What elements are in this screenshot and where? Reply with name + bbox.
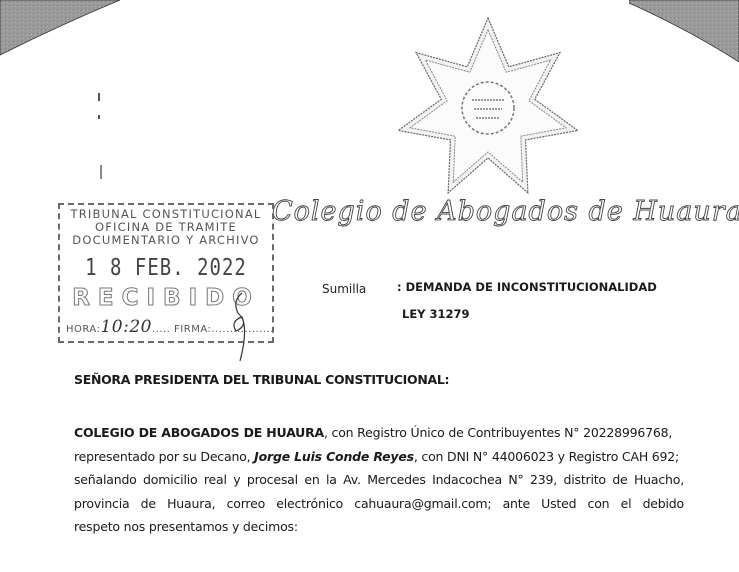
scan-shadow-top-right (629, 0, 739, 62)
salutation: SEÑORA PRESIDENTA DEL TRIBUNAL CONSTITUC… (74, 372, 449, 387)
stamp-dots: ..... (152, 324, 174, 335)
signature-mark (228, 291, 258, 361)
body-line-5: respeto nos presentamos y decimos: (74, 519, 684, 543)
body-line-2: representado por su Decano, Jorge Luis C… (74, 449, 684, 473)
stamp-hora-value: 10:20 (100, 317, 152, 337)
star-emblem-icon (388, 10, 588, 205)
body-line-4: provincia de Huaura, correo electrónico … (74, 496, 684, 520)
stamp-hora-label: HORA: (66, 324, 100, 335)
body-line-3: señalando domicilio real y procesal en l… (74, 472, 684, 496)
sumilla-law: LEY 31279 (402, 307, 470, 321)
received-stamp: TRIBUNAL CONSTITUCIONAL OFICINA DE TRAMI… (58, 203, 274, 343)
body-paragraph: COLEGIO DE ABOGADOS DE HUAURA, con Regis… (74, 425, 684, 543)
sumilla-value: : DEMANDA DE INCONSTITUCIONALIDAD (397, 280, 657, 294)
org-name: COLEGIO DE ABOGADOS DE HUAURA (74, 425, 324, 440)
body-line-1: COLEGIO DE ABOGADOS DE HUAURA, con Regis… (74, 425, 684, 449)
dean-name: Jorge Luis Conde Reyes (254, 449, 414, 464)
stamp-line-3: DOCUMENTARIO Y ARCHIVO (60, 234, 272, 247)
body-line-2-rest: , con DNI N° 44006023 y Registro CAH 692… (414, 449, 679, 464)
stamp-date: 1 8 FEB. 2022 (60, 255, 272, 281)
scan-shadow-top-left (0, 0, 130, 60)
sumilla-label: Sumilla (322, 282, 366, 296)
stamp-firma-label: FIRMA: (174, 324, 211, 335)
body-line-1-text: , con Registro Único de Contribuyentes N… (324, 425, 672, 440)
body-line-2-pre: representado por su Decano, (74, 449, 254, 464)
scan-specks (92, 85, 106, 185)
letterhead-title: Colegio de Abogados de Huaura (272, 196, 739, 227)
